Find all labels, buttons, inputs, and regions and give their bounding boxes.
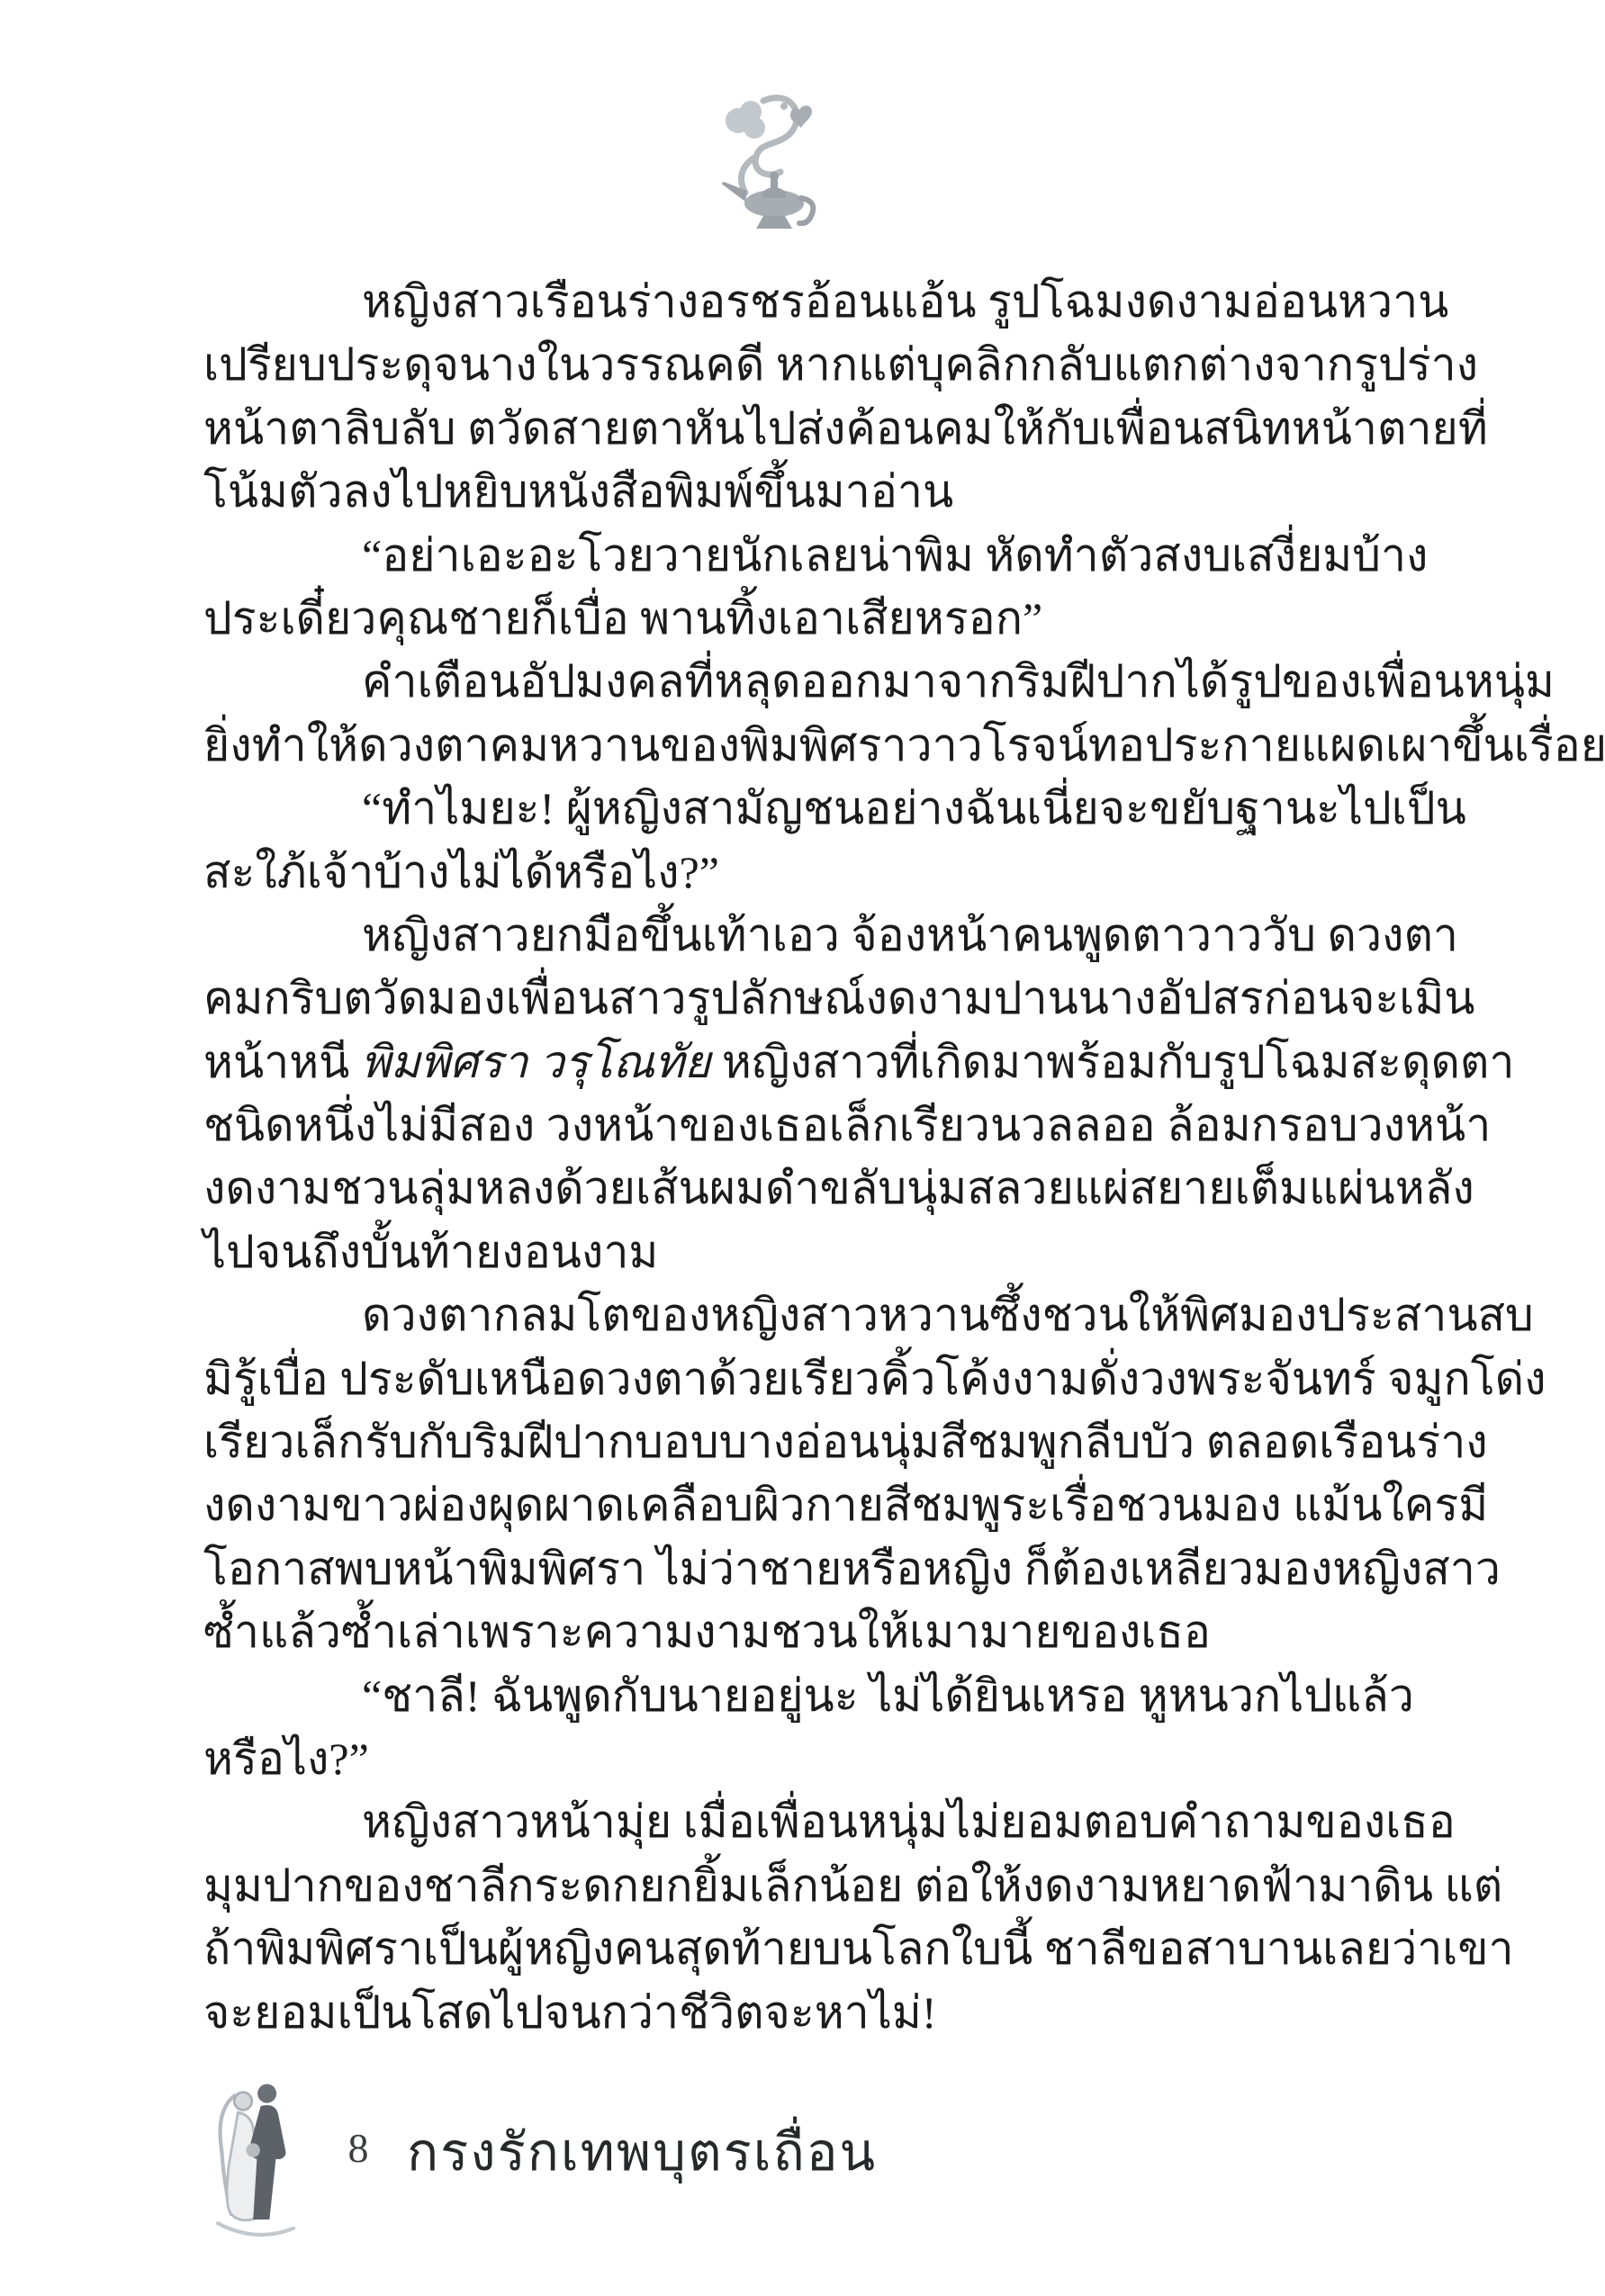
text-line: เรียวเล็กรับกับริมฝีปากบอบบางอ่อนนุ่มสีช…: [203, 1410, 1350, 1473]
text-line: หน้าหนี พิมพิศรา วรุโณทัย หญิงสาวที่เกิด…: [203, 1031, 1350, 1094]
text-line: โอกาสพบหน้าพิมพิศรา ไม่ว่าชายหรือหญิง ก็…: [203, 1537, 1350, 1600]
text-line: คมกริบตวัดมองเพื่อนสาวรูปลักษณ์งดงามปานน…: [203, 967, 1350, 1030]
text-line: สะใภ้เจ้าบ้างไม่ได้หรือไง?”: [203, 841, 1350, 904]
character-name-italic: พิมพิศรา วรุโณทัย: [361, 1037, 710, 1087]
text-line: จะยอมเป็นโสดไปจนกว่าชีวิตจะหาไม่!: [203, 1981, 1350, 2044]
text-line: ซ้ำแล้วซ้ำเล่าเพราะความงามชวนให้เมามายขอ…: [203, 1600, 1350, 1663]
wedding-couple-icon: [203, 2075, 309, 2238]
text-line: มุมปากของชาลีกระดกยกยิ้มเล็กน้อย ต่อให้ง…: [203, 1854, 1350, 1917]
text-line: “อย่าเอะอะโวยวายนักเลยน่าพิม หัดทำตัวสงบ…: [203, 524, 1350, 587]
text-line: ประเดี๋ยวคุณชายก็เบื่อ พานทิ้งเอาเสียหรอ…: [203, 587, 1350, 650]
text-line: ชนิดหนึ่งไม่มีสอง วงหน้าของเธอเล็กเรียวน…: [203, 1094, 1350, 1157]
genie-lamp-smoke-icon: [693, 86, 837, 241]
book-page: หญิงสาวเรือนร่างอรชรอ้อนแอ้น รูปโฉมงดงาม…: [0, 0, 1605, 2296]
text-line: เปรียบประดุจนางในวรรณคดี หากแต่บุคลิกกลั…: [203, 333, 1350, 396]
text-line: “ทำไมยะ! ผู้หญิงสามัญชนอย่างฉันเนี่ยจะขย…: [203, 777, 1350, 840]
book-title: กรงรักเทพบุตรเถื่อน: [407, 2110, 877, 2193]
text-line: หน้าตาลิบลับ ตวัดสายตาหันไปส่งค้อนคมให้ก…: [203, 397, 1350, 460]
text-line: งดงามขาวผ่องผุดผาดเคลือบผิวกายสีชมพูระเร…: [203, 1473, 1350, 1536]
text-segment: หน้าหนี: [203, 1037, 361, 1087]
footer: 8 กรงรักเทพบุตรเถื่อน: [0, 2070, 1605, 2250]
text-line: ถ้าพิมพิศราเป็นผู้หญิงคนสุดท้ายบนโลกใบนี…: [203, 1917, 1350, 1980]
header-ornament: [693, 86, 837, 241]
text-line: ยิ่งทำให้ดวงตาคมหวานของพิมพิศราวาวโรจน์ท…: [203, 714, 1350, 777]
text-line: งดงามชวนลุ่มหลงด้วยเส้นผมดำขลับนุ่มสลวยแ…: [203, 1157, 1350, 1220]
text-line: หญิงสาวยกมือขึ้นเท้าเอว จ้องหน้าคนพูดตาว…: [203, 904, 1350, 967]
text-line: คำเตือนอัปมงคลที่หลุดออกมาจากริมฝีปากได้…: [203, 650, 1350, 713]
footer-ornament: [203, 2075, 309, 2238]
text-line: ดวงตากลมโตของหญิงสาวหวานซึ้งชวนให้พิศมอง…: [203, 1283, 1350, 1346]
text-block: หญิงสาวเรือนร่างอรชรอ้อนแอ้น รูปโฉมงดงาม…: [203, 270, 1350, 2044]
text-line: โน้มตัวลงไปหยิบหนังสือพิมพ์ขึ้นมาอ่าน: [203, 460, 1350, 523]
text-line: มิรู้เบื่อ ประดับเหนือดวงตาด้วยเรียวคิ้ว…: [203, 1347, 1350, 1410]
text-line: หรือไง?”: [203, 1727, 1350, 1790]
text-line: หญิงสาวเรือนร่างอรชรอ้อนแอ้น รูปโฉมงดงาม…: [203, 270, 1350, 333]
text-segment: หญิงสาวที่เกิดมาพร้อมกับรูปโฉมสะดุดตา: [710, 1037, 1514, 1087]
text-line: หญิงสาวหน้ามุ่ย เมื่อเพื่อนหนุ่มไม่ยอมตอ…: [203, 1790, 1350, 1853]
text-line: ไปจนถึงบั้นท้ายงอนงาม: [203, 1220, 1350, 1283]
page-number: 8: [331, 2124, 385, 2172]
text-line: “ชาลี! ฉันพูดกับนายอยู่นะ ไม่ได้ยินเหรอ …: [203, 1664, 1350, 1727]
